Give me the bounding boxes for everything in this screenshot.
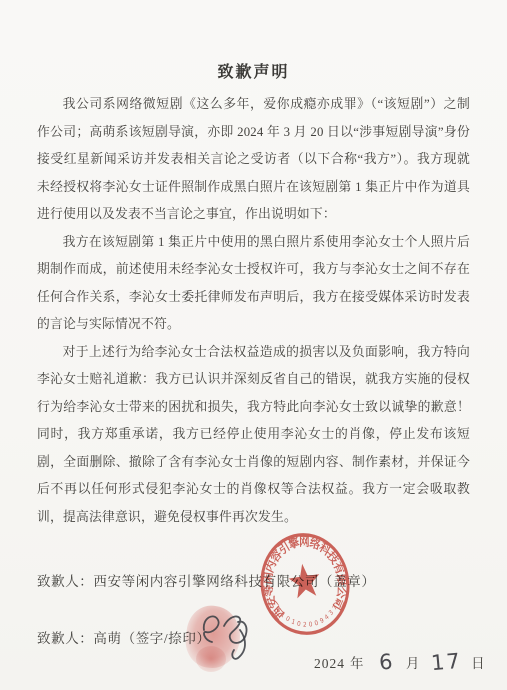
signer-director-line: 致歉人：高萌（签字/捺印）	[37, 627, 211, 647]
company-seal-stamp: 西安等闲内容引擎网络科技有限公司 6101020094374	[251, 524, 359, 644]
handwritten-signature: 高萌	[194, 604, 262, 666]
svg-text:2: 2	[303, 621, 307, 629]
svg-text:0: 0	[296, 620, 301, 628]
signature-stroke	[204, 616, 219, 642]
date-day-handwritten: 17	[430, 649, 463, 676]
apology-statement-document: 致歉声明 我公司系网络微短剧《这么多年，爱你成瘾亦成罪》（“该短剧”）之制作公司…	[0, 0, 507, 690]
signature-stroke	[232, 630, 245, 659]
signer-director-name: 高萌	[93, 631, 121, 646]
seal-star-icon	[287, 562, 322, 600]
date-year: 2024	[314, 656, 345, 671]
svg-text:0: 0	[284, 615, 290, 624]
date-month-handwritten: 6	[378, 649, 394, 674]
signer-company-label: 致歉人：	[37, 574, 93, 589]
paragraph-explanation: 我方在该短剧第 1 集正片中使用的黑白照片系使用李沁女士个人照片后期制作而成，前…	[37, 229, 470, 339]
document-body: 我公司系网络微短剧《这么多年，爱你成瘾亦成罪》（“该短剧”）之制作公司；高萌系该…	[37, 91, 470, 531]
svg-text:0: 0	[308, 621, 313, 629]
paragraph-apology-commitment: 对于上述行为给李沁女士合法权益造成的损害以及负面影响，我方特向李沁女士赔礼道歉：…	[37, 339, 470, 532]
date-line: 2024年6月17日	[314, 649, 486, 673]
paragraph-intro: 我公司系网络微短剧《这么多年，爱你成瘾亦成罪》（“该短剧”）之制作公司；高萌系该…	[37, 91, 470, 229]
seal-graphic: 西安等闲内容引擎网络科技有限公司 6101020094374	[251, 524, 359, 644]
svg-text:0: 0	[314, 619, 320, 627]
date-year-unit: 年	[350, 652, 365, 672]
date-month-unit: 月	[406, 652, 421, 672]
svg-text:1: 1	[290, 618, 296, 626]
document-title: 致歉声明	[0, 0, 507, 84]
signer-director-label: 致歉人：	[37, 631, 93, 646]
date-day-unit: 日	[471, 652, 486, 672]
signature-stroke	[224, 616, 247, 643]
